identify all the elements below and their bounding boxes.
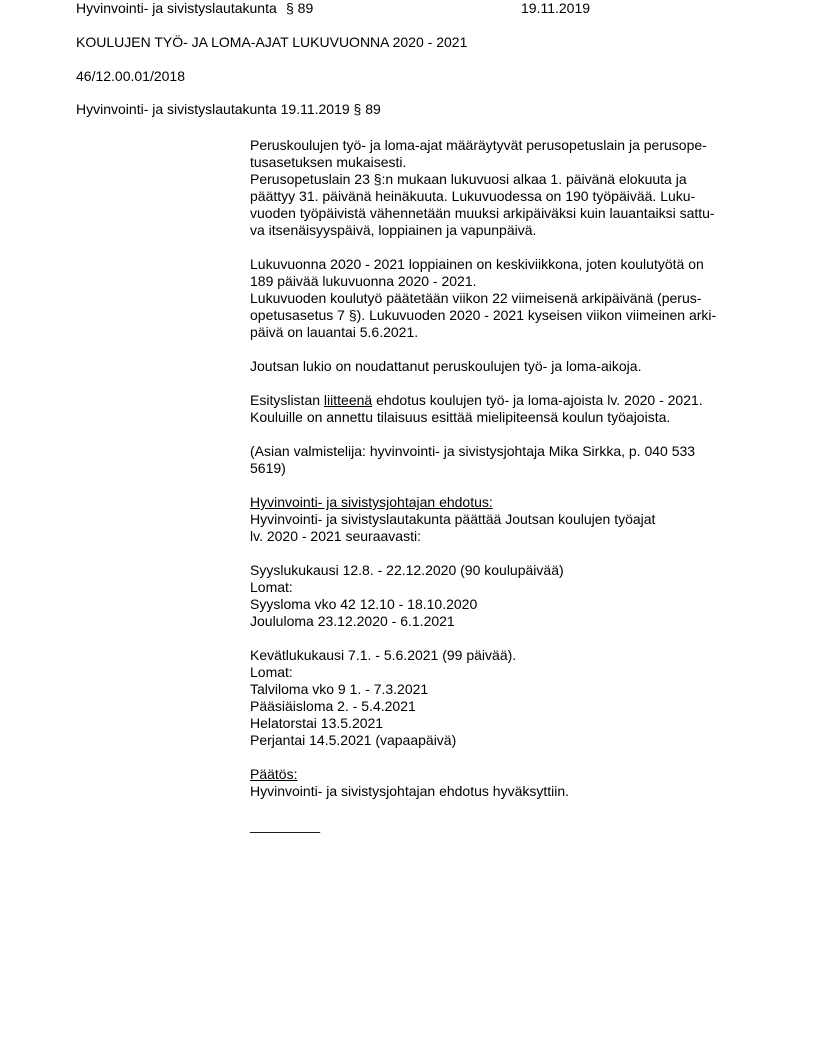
text-line: päivä on lauantai 5.6.2021. (250, 324, 750, 341)
attachment-paragraph: Esityslistan liitteenä ehdotus koulujen … (250, 392, 750, 409)
attachment-link[interactable]: liitteenä (324, 392, 372, 408)
text-line: Talviloma vko 9 1. - 7.3.2021 (250, 681, 750, 698)
text-line: (Asian valmistelija: hyvinvointi- ja siv… (250, 443, 750, 460)
diary-number: 46/12.00.01/2018 (76, 68, 185, 85)
text-line: vuoden työpäivistä vähennetään muuksi ar… (250, 205, 750, 222)
decision-text: Hyvinvointi- ja sivistysjohtajan ehdotus… (250, 783, 750, 800)
text-line: Lukuvuonna 2020 - 2021 loppiainen on kes… (250, 256, 750, 273)
meeting-reference: Hyvinvointi- ja sivistyslautakunta 19.11… (76, 101, 381, 118)
text-line: Lomat: (250, 664, 750, 681)
text-line: 189 päivää lukuvuonna 2020 - 2021. (250, 273, 750, 290)
end-line: _________ (250, 817, 750, 834)
proposal-heading: Hyvinvointi- ja sivistysjohtajan ehdotus… (250, 494, 750, 511)
header-board: Hyvinvointi- ja sivistyslautakunta (76, 0, 277, 17)
text-line: Kouluille on annettu tilaisuus esittää m… (250, 409, 750, 426)
text-line: tusasetuksen mukaisesti. (250, 154, 750, 171)
decision-heading: Päätös: (250, 766, 750, 783)
document-body: Peruskoulujen työ- ja loma-ajat määräyty… (250, 137, 750, 834)
text-line: Peruskoulujen työ- ja loma-ajat määräyty… (250, 137, 750, 154)
text-line: Helatorstai 13.5.2021 (250, 715, 750, 732)
text-line: Joutsan lukio on noudattanut peruskouluj… (250, 358, 750, 375)
text-line: Kevätlukukausi 7.1. - 5.6.2021 (99 päivä… (250, 647, 750, 664)
text-line: Hyvinvointi- ja sivistyslautakunta päätt… (250, 511, 750, 528)
text-line: 5619) (250, 460, 750, 477)
document-title: KOULUJEN TYÖ- JA LOMA-AJAT LUKUVUONNA 20… (76, 34, 467, 51)
text-line: Perusopetuslain 23 §:n mukaan lukuvuosi … (250, 171, 750, 188)
text-line: päättyy 31. päivänä heinäkuuta. Lukuvuod… (250, 188, 750, 205)
header-section: § 89 (286, 0, 313, 17)
text-line: Lukuvuoden koulutyö päätetään viikon 22 … (250, 290, 750, 307)
text-line: Perjantai 14.5.2021 (vapaapäivä) (250, 732, 750, 749)
text-line: Pääsiäisloma 2. - 5.4.2021 (250, 698, 750, 715)
text-line: Syyslukukausi 12.8. - 22.12.2020 (90 kou… (250, 562, 750, 579)
text-line: Syysloma vko 42 12.10 - 18.10.2020 (250, 596, 750, 613)
text-line: va itsenäisyyspäivä, loppiainen ja vapun… (250, 222, 750, 239)
header-date: 19.11.2019 (521, 0, 590, 17)
text-line: lv. 2020 - 2021 seuraavasti: (250, 528, 750, 545)
text-line: Joululoma 23.12.2020 - 6.1.2021 (250, 613, 750, 630)
text-line: Lomat: (250, 579, 750, 596)
text-line: opetusasetus 7 §). Lukuvuoden 2020 - 202… (250, 307, 750, 324)
